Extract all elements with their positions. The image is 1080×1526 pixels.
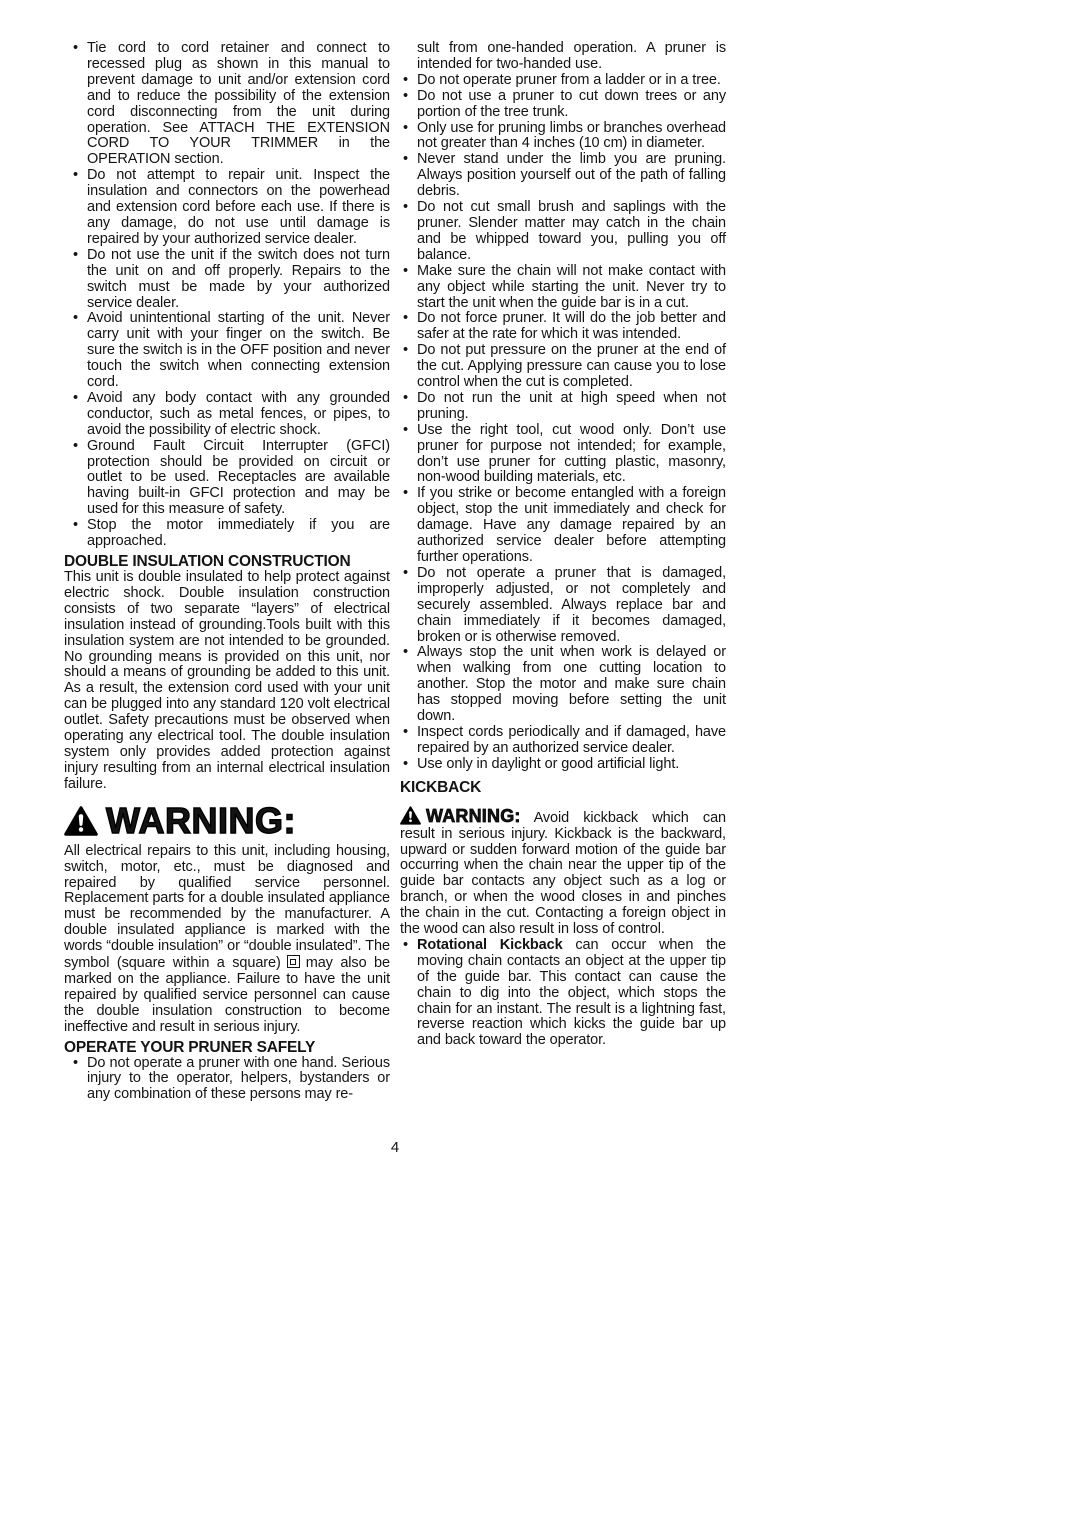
- bullet-item: Do not operate a pruner that is damaged,…: [400, 566, 726, 646]
- bullet-item: Do not use a pruner to cut down trees or…: [400, 89, 726, 121]
- bullet-item: Never stand under the limb you are pruni…: [400, 152, 726, 200]
- bullet-item: Avoid unintentional starting of the unit…: [64, 311, 390, 391]
- page-content: Tie cord to cord retainer and connect to…: [64, 41, 726, 1103]
- warning-heading-row: WARNING:: [64, 802, 390, 840]
- warning-triangle-icon: [400, 806, 421, 825]
- bullet-item: Tie cord to cord retainer and connect to…: [64, 41, 390, 168]
- manual-page: Tie cord to cord retainer and connect to…: [0, 0, 1080, 1526]
- kickback-warning-paragraph: WARNING:Avoid kickback which can result …: [400, 806, 726, 938]
- warning-heading-label: WARNING:: [106, 802, 296, 840]
- bullet-item: Do not put pressure on the pruner at the…: [400, 343, 726, 391]
- bullet-item: Do not use the unit if the switch does n…: [64, 248, 390, 312]
- bullet-item: Do not force pruner. It will do the job …: [400, 311, 726, 343]
- bullet-item: Inspect cords periodically and if damage…: [400, 725, 726, 757]
- safety-bullet-list-left: Tie cord to cord retainer and connect to…: [64, 41, 390, 550]
- bullet-item: Do not cut small brush and saplings with…: [400, 200, 726, 264]
- continuation-paragraph: sult from one-handed operation. A pruner…: [400, 41, 726, 73]
- bullet-item: Do not run the unit at high speed when n…: [400, 391, 726, 423]
- double-insulation-heading: DOUBLE INSULATION CONSTRUCTION: [64, 553, 390, 570]
- left-column: Tie cord to cord retainer and connect to…: [64, 41, 390, 1103]
- kickback-warning-label: WARNING:: [426, 806, 521, 826]
- warning-triangle-icon: [64, 806, 98, 836]
- bullet-item: Only use for pruning limbs or branches o…: [400, 121, 726, 153]
- safety-bullet-list-right: Do not operate pruner from a ladder or i…: [400, 73, 726, 773]
- bullet-item: Stop the motor immediately if you are ap…: [64, 518, 390, 550]
- kickback-warning-text: Avoid kickback which can result in serio…: [400, 810, 726, 937]
- bullet-item: Do not operate pruner from a ladder or i…: [400, 73, 726, 89]
- bullet-item: Do not operate a pruner with one hand. S…: [64, 1056, 390, 1104]
- bullet-item: Avoid any body contact with any grounded…: [64, 391, 390, 439]
- bullet-item: Do not attempt to repair unit. Inspect t…: [64, 168, 390, 248]
- operate-safely-bullet-list: Do not operate a pruner with one hand. S…: [64, 1056, 390, 1104]
- operate-safely-heading: OPERATE YOUR PRUNER SAFELY: [64, 1039, 390, 1056]
- bullet-item: Ground Fault Circuit Interrupter (GFCI) …: [64, 439, 390, 519]
- warning-text-before-symbol: All electrical repairs to this unit, inc…: [64, 843, 390, 971]
- bullet-item: If you strike or become entangled with a…: [400, 486, 726, 566]
- warning-paragraph: All electrical repairs to this unit, inc…: [64, 844, 390, 1036]
- bullet-item: Use the right tool, cut wood only. Don’t…: [400, 423, 726, 487]
- kickback-heading: KICKBACK: [400, 779, 726, 796]
- page-number: 4: [64, 1139, 726, 1156]
- bullet-item: Use only in daylight or good artificial …: [400, 757, 726, 773]
- double-insulation-symbol-inner: [290, 959, 296, 965]
- right-column: sult from one-handed operation. A pruner…: [400, 41, 726, 1103]
- bullet-item: Rotational Kickback can occur when the m…: [400, 938, 726, 1049]
- double-insulation-symbol: [287, 955, 300, 968]
- bullet-item: Always stop the unit when work is delaye…: [400, 645, 726, 725]
- kickback-bullet-list: Rotational Kickback can occur when the m…: [400, 938, 726, 1049]
- double-insulation-paragraph: This unit is double insulated to help pr…: [64, 570, 390, 793]
- bullet-item: Make sure the chain will not make contac…: [400, 264, 726, 312]
